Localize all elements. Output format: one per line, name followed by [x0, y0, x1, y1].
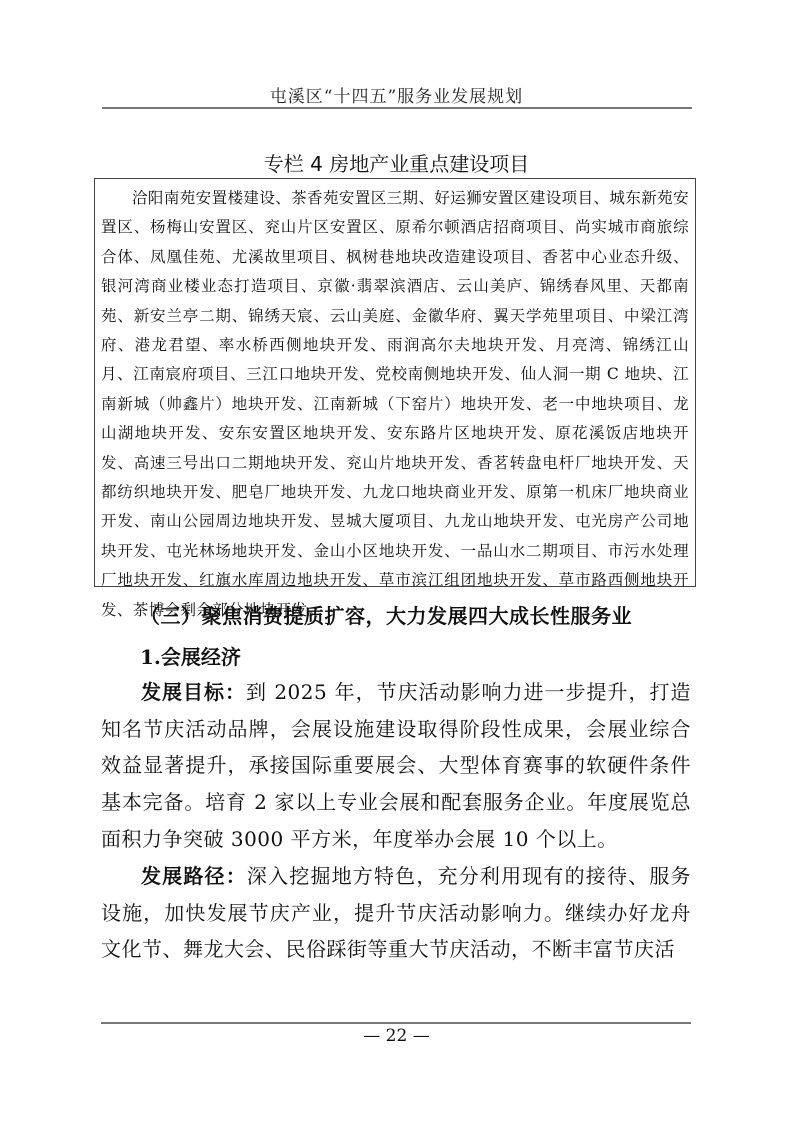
- subsection-heading: 1.会展经济: [140, 641, 241, 670]
- project-box: 洽阳南苑安置楼建设、茶香苑安置区三期、好运狮安置区建设项目、城东新苑安置区、杨梅…: [94, 178, 696, 587]
- running-header: 屯溪区“十四五”服务业发展规划: [0, 82, 793, 107]
- path-label: 发展路径：: [141, 864, 247, 888]
- page-number: — 22 —: [0, 1026, 793, 1046]
- goal-text: 到 2025 年，节庆活动影响力进一步提升，打造知名节庆活动品牌，会展设施建设取…: [101, 680, 691, 851]
- section-heading: （三）聚焦消费提质扩容，大力发展四大成长性服务业: [140, 600, 632, 629]
- development-path-paragraph: 发展路径：深入挖掘地方特色，充分利用现有的接待、服务设施，加快发展节庆产业，提升…: [101, 858, 691, 968]
- goal-label: 发展目标：: [141, 680, 246, 704]
- project-list-text: 洽阳南苑安置楼建设、茶香苑安置区三期、好运狮安置区建设项目、城东新苑安置区、杨梅…: [101, 184, 689, 625]
- header-rule: [102, 107, 692, 109]
- footer-rule: [101, 1022, 691, 1024]
- development-goal-paragraph: 发展目标：到 2025 年，节庆活动影响力进一步提升，打造知名节庆活动品牌，会展…: [101, 674, 691, 858]
- box-title: 专栏 4 房地产业重点建设项目: [0, 148, 793, 177]
